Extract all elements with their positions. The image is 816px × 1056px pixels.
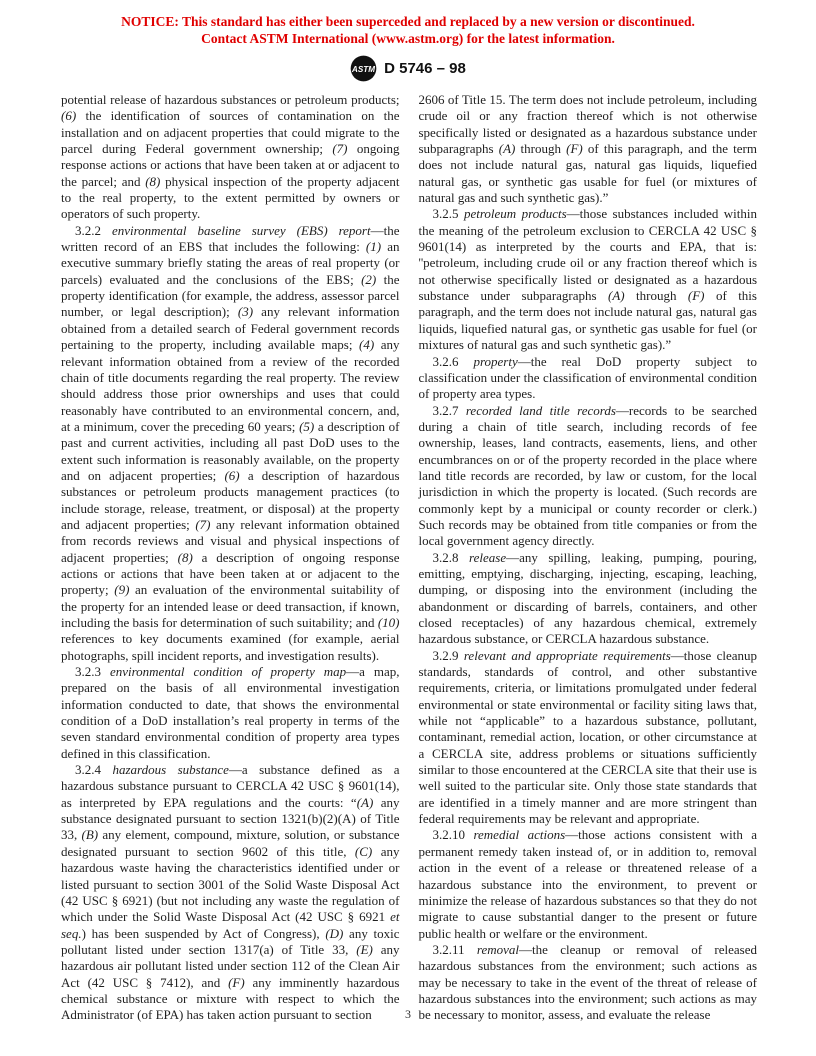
italic-text-run: release [469,550,506,565]
text-run: through [515,141,566,156]
text-run: 3.2.9 [433,648,464,663]
text-run: —records to be searched during a chain o… [419,403,758,549]
italic-text-run: (5) [299,419,314,434]
left-column: potential release of hazardous substance… [61,92,400,1024]
text-run: 3.2.6 [433,354,474,369]
paragraph: 3.2.9 relevant and appropriate requireme… [419,648,758,828]
supersession-notice: NOTICE: This standard has either been su… [0,0,816,47]
italic-text-run: removal [477,942,519,957]
paragraph: potential release of hazardous substance… [61,92,400,223]
italic-text-run: (B) [82,827,99,842]
italic-text-run: (2) [361,272,376,287]
italic-text-run: (6) [61,108,76,123]
text-run: —those cleanup standards, standards of c… [419,648,758,826]
italic-text-run: petroleum products [464,206,567,221]
paragraph: 2606 of Title 15. The term does not incl… [419,92,758,206]
paragraph: 3.2.10 remedial actions—those actions co… [419,827,758,941]
text-run: ) has been suspended by Act of Congress)… [82,926,326,941]
document-page: NOTICE: This standard has either been su… [0,0,816,1056]
italic-text-run: (F) [566,141,583,156]
italic-text-run: relevant and appropriate requirements [464,648,671,663]
right-column: 2606 of Title 15. The term does not incl… [419,92,758,1024]
text-run: references to key documents examined (fo… [61,631,400,662]
italic-text-run: (7) [195,517,210,532]
italic-text-run: recorded land title records [466,403,616,418]
italic-text-run: (A) [499,141,516,156]
text-run: 3.2.4 [75,762,112,777]
text-run: 3.2.10 [433,827,474,842]
italic-text-run: hazardous substance [112,762,228,777]
italic-text-run: (6) [224,468,239,483]
italic-text-run: (C) [355,844,372,859]
text-run: 3.2.11 [433,942,477,957]
notice-line-1: NOTICE: This standard has either been su… [0,13,816,30]
italic-text-run: (E) [356,942,373,957]
text-run: through [625,288,688,303]
page-footer: 3 [0,1007,816,1022]
italic-text-run: (10) [378,615,400,630]
text-run: potential release of hazardous substance… [61,92,400,107]
italic-text-run: (A) [357,795,374,810]
italic-text-run: (8) [145,174,160,189]
italic-text-run: (A) [608,288,625,303]
text-run: any element, compound, mixture, solution… [61,827,400,858]
italic-text-run: property [473,354,517,369]
italic-text-run: remedial actions [473,827,565,842]
italic-text-run: environmental baseline survey (EBS) repo… [112,223,371,238]
astm-logo-text: ASTM [351,64,375,73]
standard-designation-row: ASTM D 5746 – 98 [0,53,816,83]
paragraph: 3.2.2 environmental baseline survey (EBS… [61,223,400,664]
italic-text-run: (F) [688,288,705,303]
italic-text-run: (D) [325,926,343,941]
paragraph: 3.2.6 property—the real DoD property sub… [419,354,758,403]
italic-text-run: environmental condition of property map [110,664,346,679]
document-body: potential release of hazardous substance… [0,83,816,1024]
italic-text-run: (8) [178,550,193,565]
paragraph: 3.2.3 environmental condition of propert… [61,664,400,762]
italic-text-run: (1) [366,239,381,254]
text-run: 3.2.2 [75,223,112,238]
paragraph: 3.2.5 petroleum products—those substance… [419,206,758,353]
italic-text-run: (9) [114,582,129,597]
text-run: 3.2.7 [433,403,466,418]
italic-text-run: (7) [332,141,347,156]
text-run: 3.2.8 [433,550,470,565]
paragraph: 3.2.4 hazardous substance—a substance de… [61,762,400,1024]
page-number: 3 [405,1007,411,1021]
text-run: —those actions consistent with a permane… [419,827,758,940]
italic-text-run: (F) [228,975,245,990]
astm-logo-icon: ASTM [350,55,377,82]
text-run: 3.2.5 [433,206,464,221]
text-run: 3.2.3 [75,664,110,679]
italic-text-run: (3) [238,304,253,319]
notice-line-2: Contact ASTM International (www.astm.org… [0,30,816,47]
paragraph: 3.2.7 recorded land title records—record… [419,403,758,550]
standard-designation: D 5746 – 98 [384,60,466,77]
italic-text-run: (4) [359,337,374,352]
paragraph: 3.2.8 release—any spilling, leaking, pum… [419,550,758,648]
